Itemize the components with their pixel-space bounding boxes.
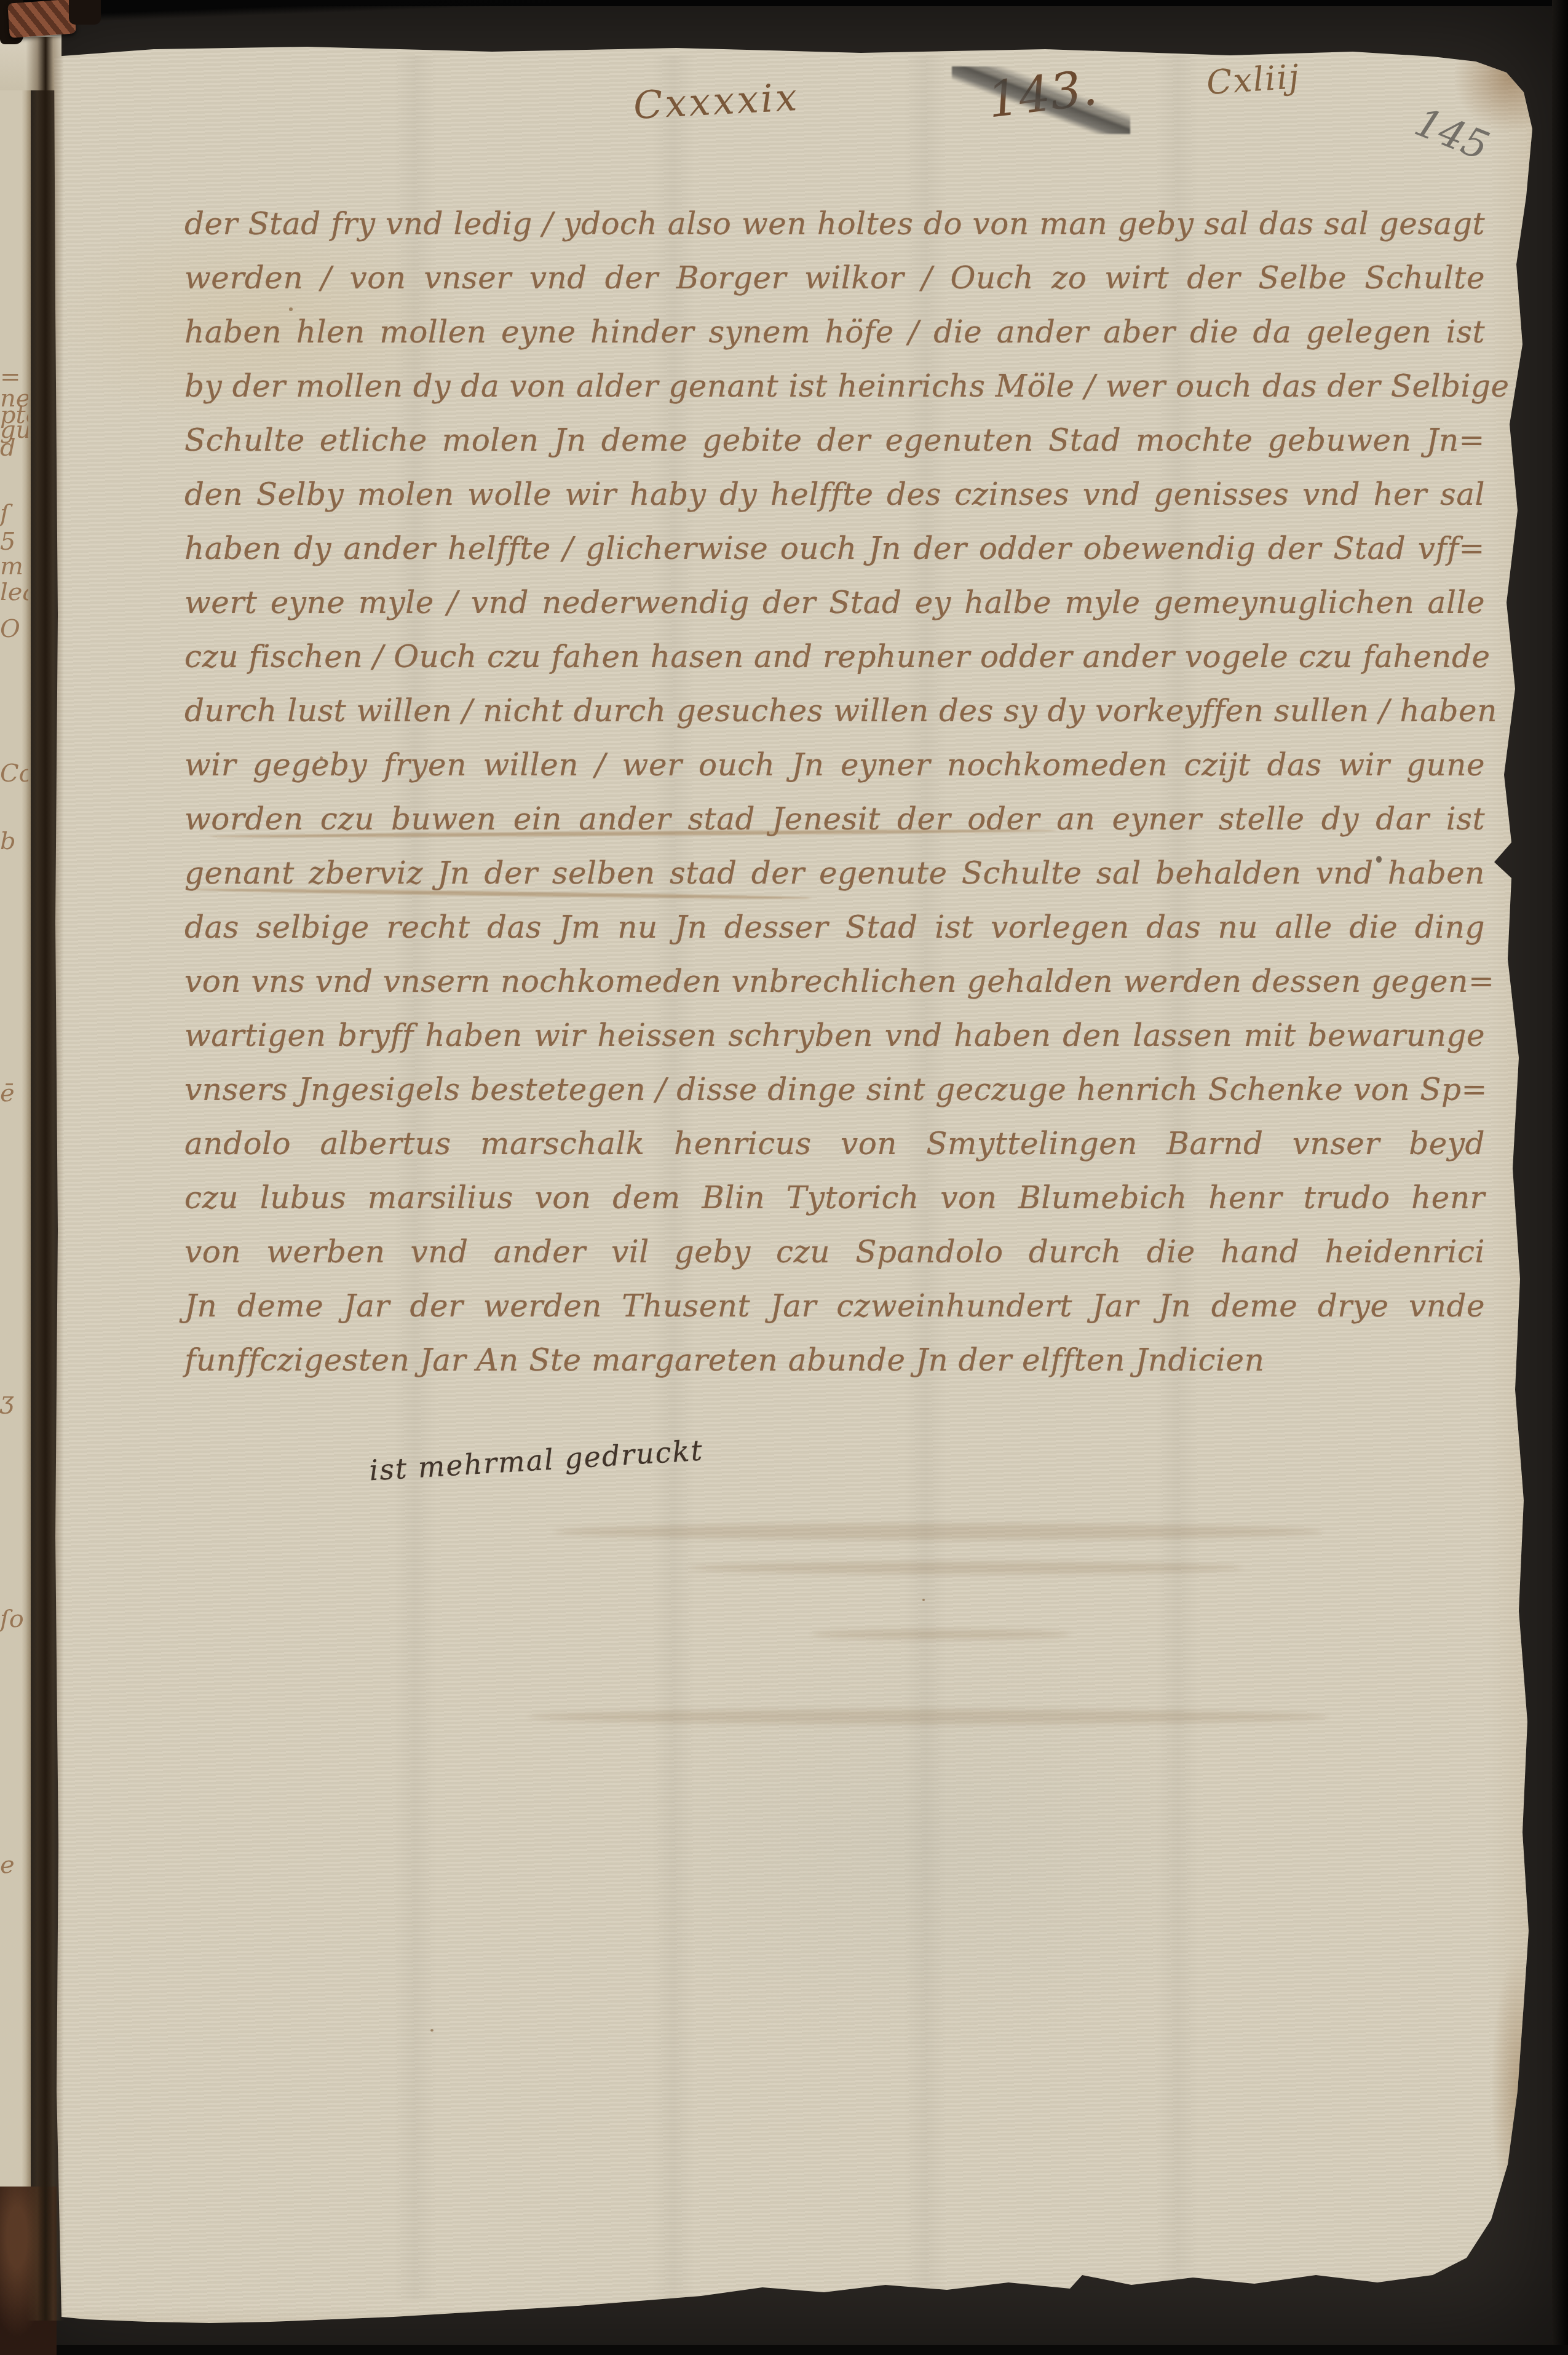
- margin-fragment: Con: [0, 759, 28, 788]
- showthrough-stroke: [812, 1629, 1070, 1639]
- text-line: der Stad fry vnd ledig / ydoch also wen …: [184, 197, 1485, 251]
- text-line: den Selby molen wolle wir haby dy helfft…: [184, 467, 1485, 521]
- text-line: andolo albertus marschalk henricus von S…: [184, 1117, 1485, 1171]
- text-line: haben dy ander helffte / glicherwise ouc…: [184, 521, 1485, 576]
- showthrough-stroke: [689, 1562, 1242, 1574]
- margin-fragment: b: [0, 827, 28, 855]
- text-line: by der mollen dy da von alder genant ist…: [184, 359, 1485, 413]
- manuscript-leaf: Cxxxxix 143. Cxliij 145 der Stad fry vnd…: [0, 0, 1568, 2355]
- margin-fragment: O: [0, 615, 28, 643]
- showthrough-stroke: [553, 1524, 1322, 1540]
- text-line: wartigen bryff haben wir heissen schrybe…: [184, 1008, 1485, 1063]
- gutter-crease-shadow: [26, 37, 64, 2321]
- scan-edge-right: [1552, 0, 1568, 2355]
- margin-fragment: ʒ: [0, 1387, 28, 1415]
- margin-fragment: d: [0, 433, 28, 462]
- text-line: von vns vnd vnsern nochkomeden vnbrechli…: [184, 954, 1485, 1008]
- text-line: worden czu buwen ein ander stad Jenesit …: [184, 792, 1485, 846]
- text-line: Schulte etliche molen Jn deme gebite der…: [184, 413, 1485, 467]
- paper-speck: [922, 1599, 925, 1601]
- text-line: werden / von vnser vnd der Borger wilkor…: [184, 251, 1485, 305]
- manuscript-photo: = ne pte gue d ſ 5 m lea O Con b ē ʒ ſo …: [0, 0, 1568, 2355]
- margin-fragment: ſ: [0, 499, 28, 528]
- charter-text-block: der Stad fry vnd ledig / ydoch also wen …: [184, 197, 1485, 1387]
- margin-fragment: m: [0, 552, 28, 580]
- paper-speck: [430, 2029, 434, 2032]
- margin-fragment: ſo: [0, 1605, 28, 1633]
- text-line: das selbige recht das Jm nu Jn desser St…: [184, 900, 1485, 954]
- text-line: wir gegeby fryen willen / wer ouch Jn ey…: [184, 738, 1485, 792]
- folio-number-roman-small: Cxliij: [1205, 57, 1301, 102]
- margin-fragment: e: [0, 1851, 28, 1879]
- text-line: czu lubus marsilius von dem Blin Tytoric…: [184, 1171, 1485, 1225]
- folio-heading-roman: Cxxxxix: [632, 74, 801, 128]
- binding-headband-ribbon: [7, 0, 76, 38]
- margin-fragment: ē: [0, 1079, 28, 1107]
- text-line: haben hlen mollen eyne hinder synem höfe…: [184, 305, 1485, 359]
- showthrough-stroke: [529, 1709, 1328, 1724]
- text-line: von werben vnd ander vil geby czu Spando…: [184, 1225, 1485, 1279]
- text-line: durch lust willen / nicht durch gesuches…: [184, 684, 1485, 738]
- scan-edge-bottom: [0, 2345, 1568, 2355]
- margin-fragment: lea: [0, 578, 28, 606]
- pencil-strikethrough: [952, 66, 1130, 134]
- text-line: wert eyne myle / vnd nederwendig der Sta…: [184, 576, 1485, 630]
- text-line: funffczigesten Jar An Ste margareten abu…: [184, 1333, 1485, 1387]
- text-line: czu fischen / Ouch czu fahen hasen and r…: [184, 630, 1485, 684]
- text-line: Jn deme Jar der werden Thusent Jar czwei…: [184, 1279, 1485, 1333]
- binding-leather-knob: [69, 0, 101, 25]
- text-line: vnsers Jngesigels bestetegen / disse din…: [184, 1063, 1485, 1117]
- folio-number-pencil-modern: 145: [1409, 100, 1495, 170]
